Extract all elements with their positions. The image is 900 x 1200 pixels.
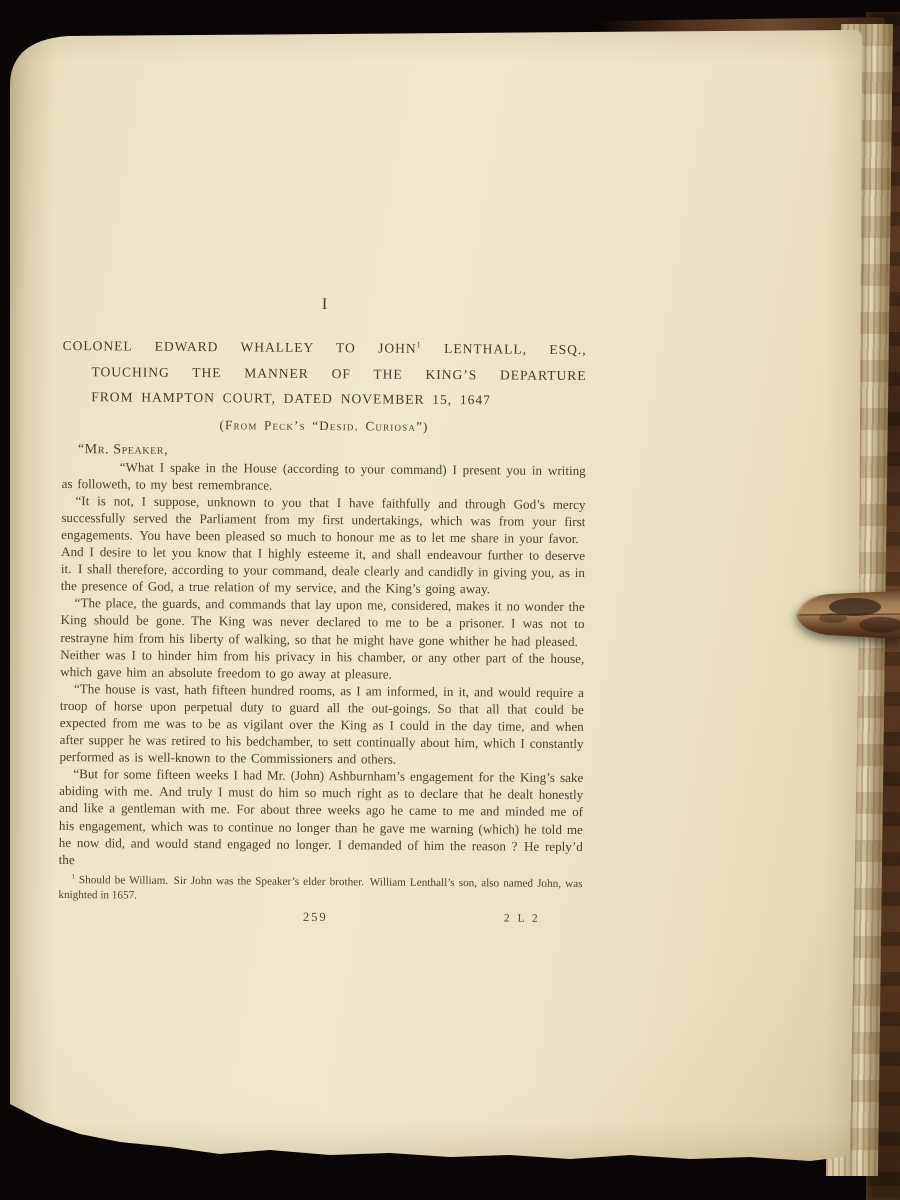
- leather-clasp-strap: [793, 585, 900, 645]
- photo-of-open-book: I COLONEL EDWARD WHALLEY TO JOHN1 LENTHA…: [0, 0, 900, 1200]
- printer-signature-mark: 2 L 2: [504, 913, 540, 925]
- source-attribution: (From Peck’s “Desid. Curiosa”): [62, 415, 586, 435]
- heading-line-1: COLONEL EDWARD WHALLEY TO JOHN1 LENTHALL…: [63, 333, 587, 363]
- footnote-marker: 1: [72, 873, 75, 880]
- book-page: I COLONEL EDWARD WHALLEY TO JOHN1 LENTHA…: [10, 28, 862, 1168]
- footnote: 1 Should be William. Sir John was the Sp…: [58, 873, 582, 908]
- heading-line-1-pre: COLONEL EDWARD WHALLEY TO JOHN: [63, 338, 417, 356]
- page-footer: 259 2 L 2: [58, 908, 582, 930]
- body-paragraph-3: “The place, the guards, and commands tha…: [60, 594, 585, 684]
- page-content: I COLONEL EDWARD WHALLEY TO JOHN1 LENTHA…: [58, 28, 589, 931]
- letter-heading: COLONEL EDWARD WHALLEY TO JOHN1 LENTHALL…: [62, 333, 587, 414]
- body-paragraph-4: “The house is vast, hath fifteen hundred…: [59, 680, 584, 770]
- heading-line-1-post: LENTHALL, ESQ.,: [422, 341, 587, 357]
- page-number: 259: [58, 908, 572, 927]
- footnote-text: Should be William. Sir John was the Spea…: [58, 874, 582, 902]
- heading-line-3: FROM HAMPTON COURT, DATED NOVEMBER 15, 1…: [62, 384, 586, 414]
- section-number: I: [63, 294, 587, 316]
- body-paragraph-2: “It is not, I suppose, unknown to you th…: [61, 492, 586, 599]
- body-paragraph-1: “What I spake in the House (according to…: [62, 458, 586, 496]
- body-paragraph-5: “But for some fifteen weeks I had Mr. (J…: [59, 765, 584, 872]
